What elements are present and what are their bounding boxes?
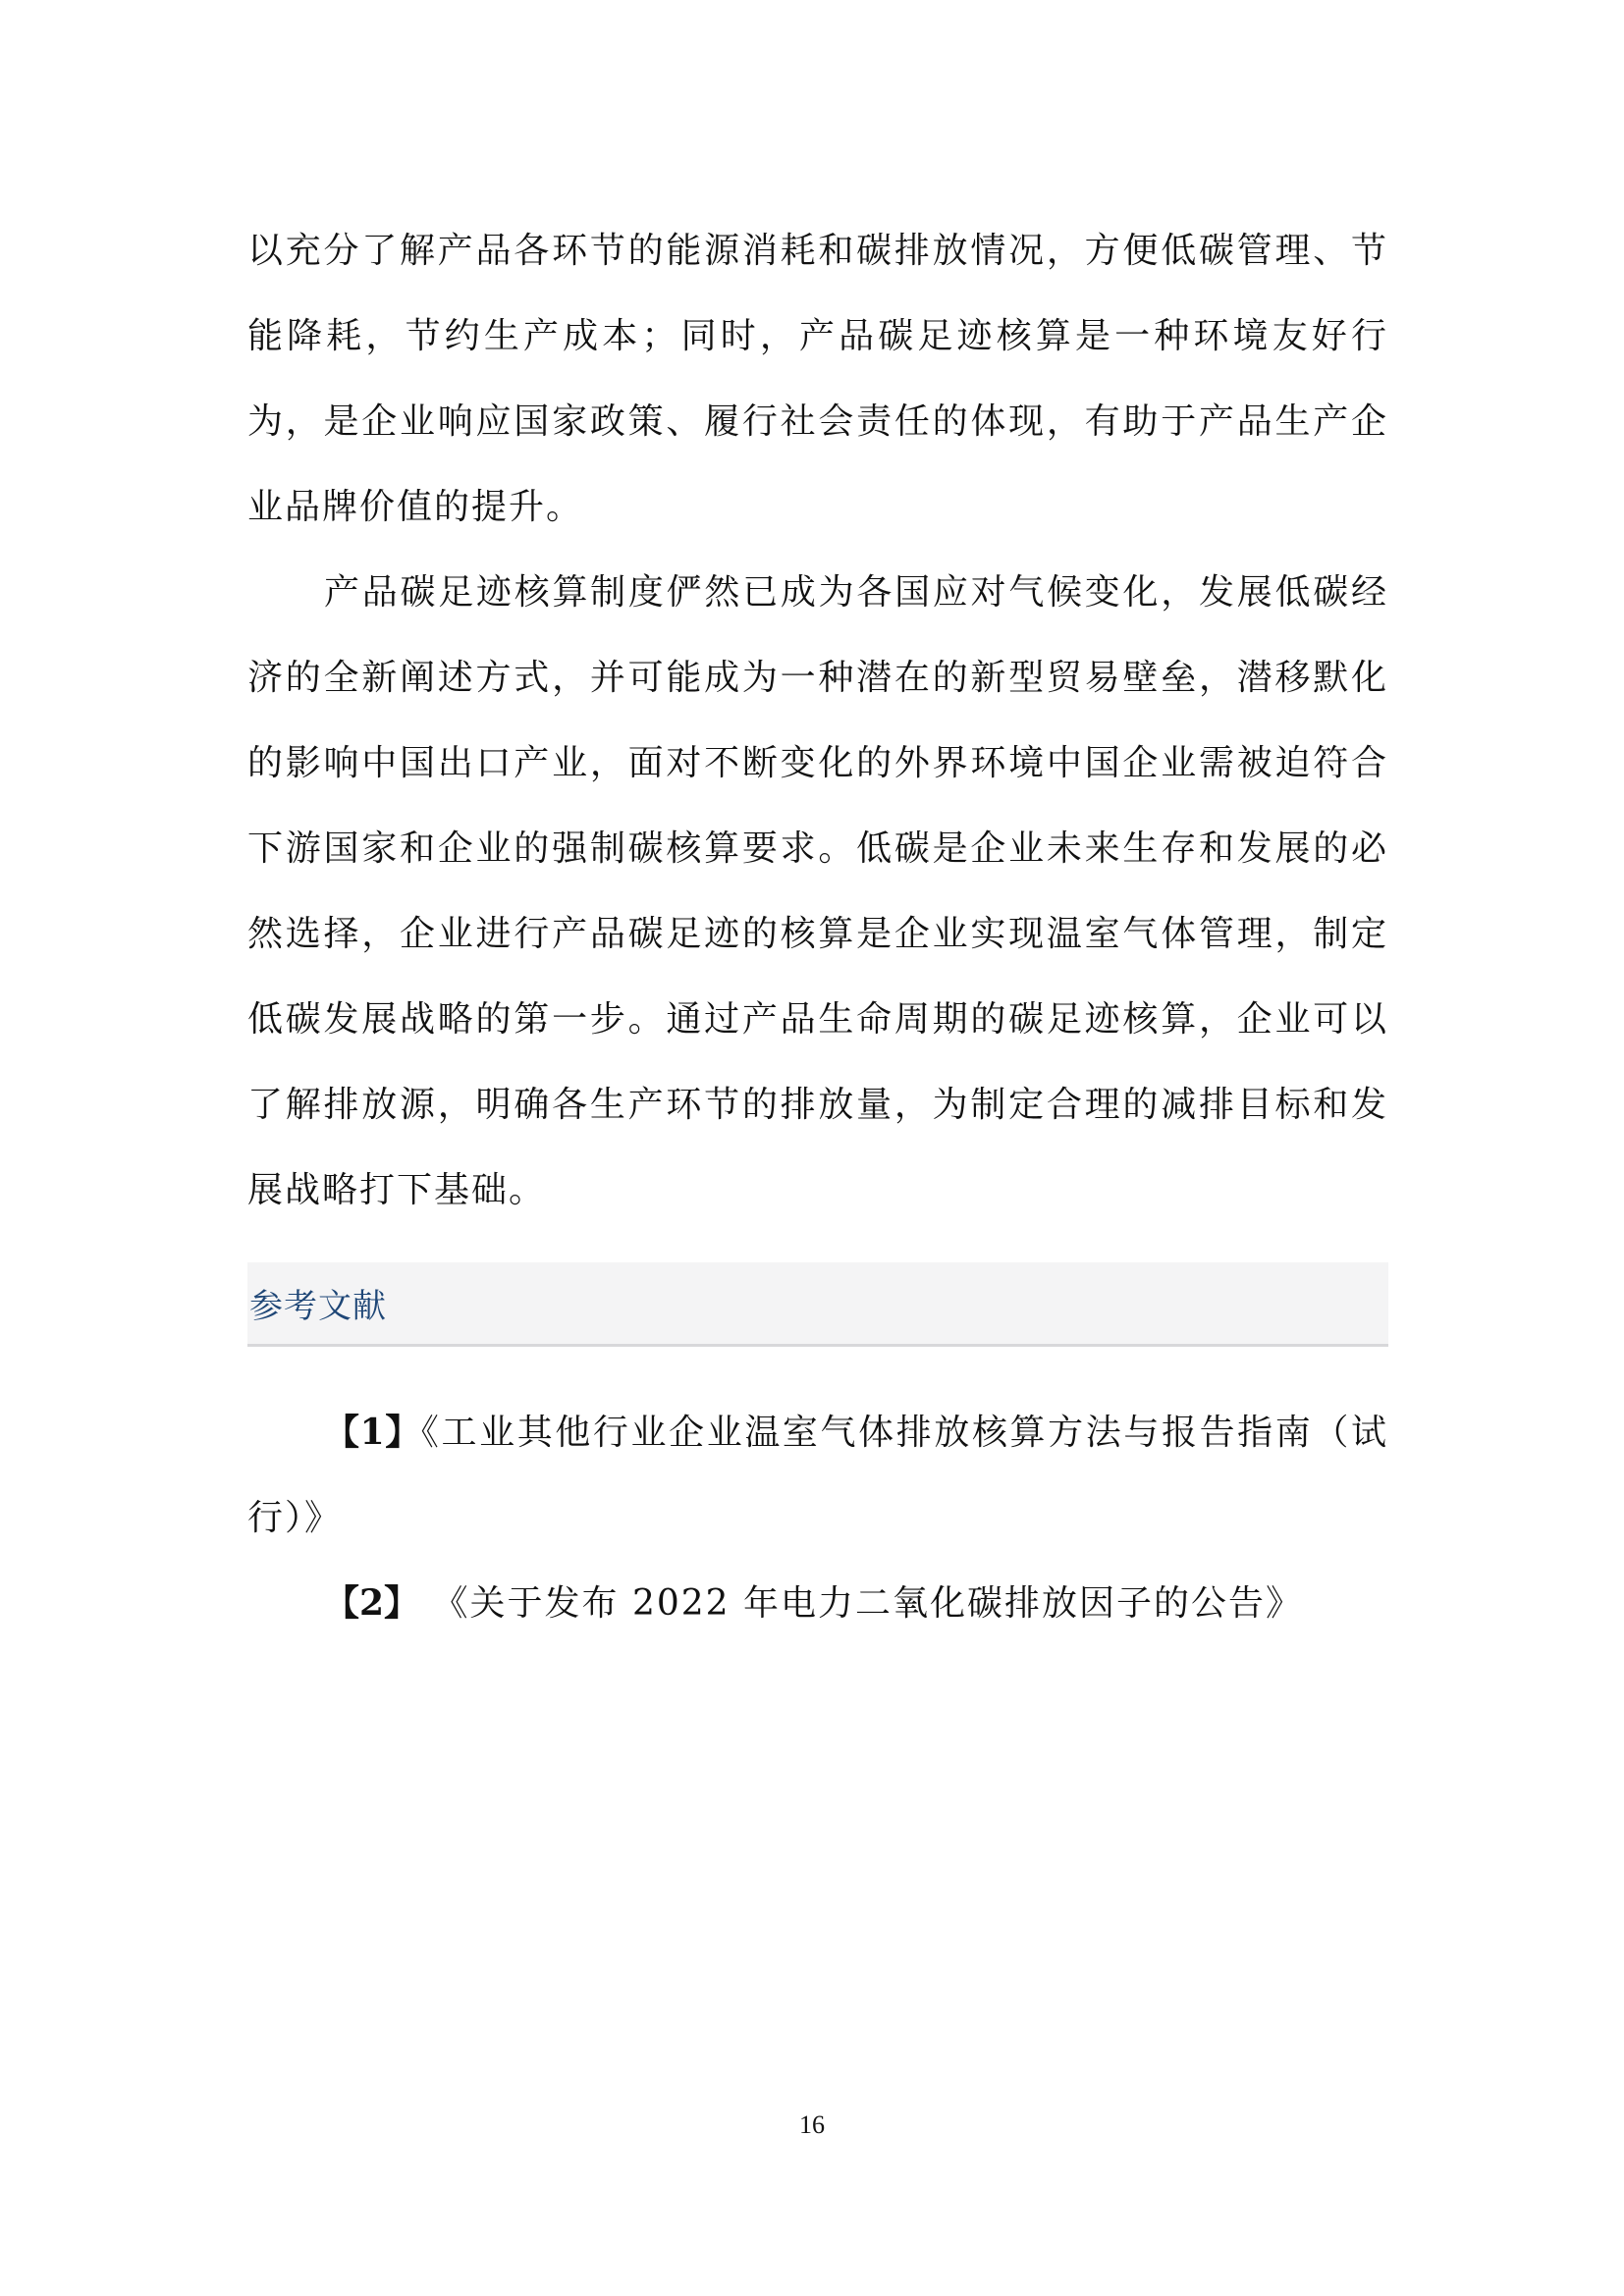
reference-title: 《关于发布 2022 年电力二氧化碳排放因子的公告》 [419, 1583, 1303, 1624]
reference-item-2: 【2】 《关于发布 2022 年电力二氧化碳排放因子的公告》 [247, 1561, 1388, 1646]
reference-number: 【1】 [324, 1412, 421, 1453]
references-heading: 参考文献 [249, 1279, 387, 1327]
references-heading-bar: 参考文献 [247, 1262, 1388, 1347]
body-paragraph-2: 产品碳足迹核算制度俨然已成为各国应对气候变化，发展低碳经济的全新阐述方式，并可能… [247, 550, 1388, 1233]
page-number: 16 [0, 2110, 1624, 2140]
reference-number: 【2】 [324, 1582, 419, 1624]
references-list: 【1】《工业其他行业企业温室气体排放核算方法与报告指南（试行）》 【2】 《关于… [247, 1390, 1388, 1646]
page-content: 以充分了解产品各环节的能源消耗和碳排放情况，方便低碳管理、节能降耗，节约生产成本… [247, 208, 1388, 1646]
reference-item-1: 【1】《工业其他行业企业温室气体排放核算方法与报告指南（试行）》 [247, 1390, 1388, 1561]
body-paragraph-1: 以充分了解产品各环节的能源消耗和碳排放情况，方便低碳管理、节能降耗，节约生产成本… [247, 208, 1388, 550]
